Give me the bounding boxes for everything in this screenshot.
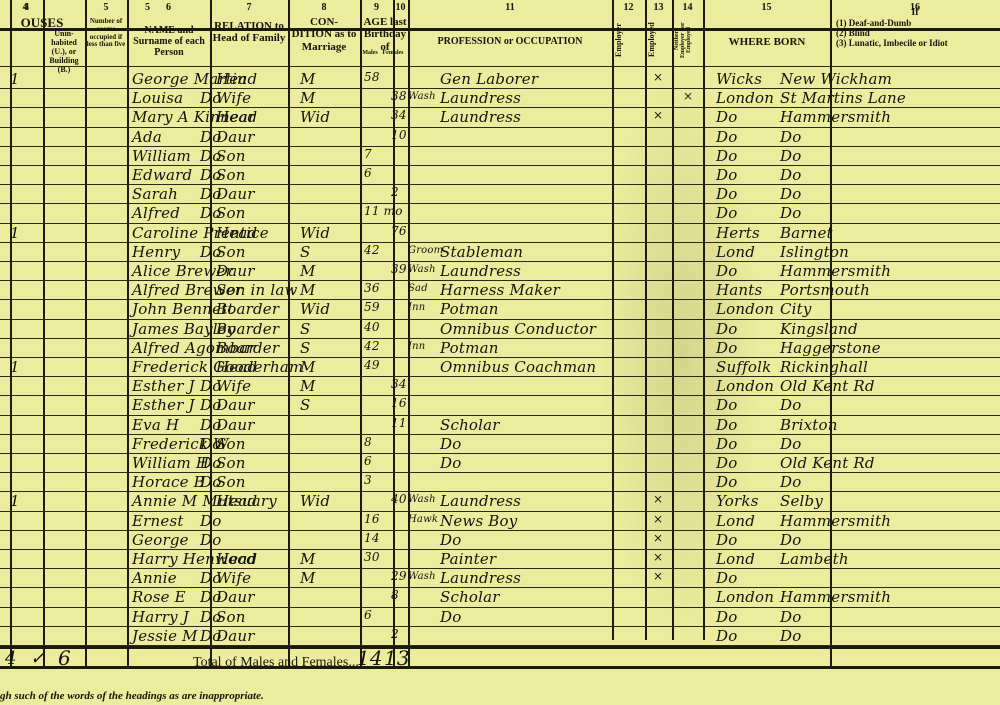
neither-mark: × — [683, 89, 693, 103]
age-male: 42 — [364, 339, 380, 353]
header-females: Females — [379, 50, 407, 57]
relation: Head — [216, 492, 257, 510]
header-employed: Employed — [647, 20, 671, 60]
age-female: 34 — [391, 108, 407, 122]
marital-condition: M — [300, 550, 316, 568]
occupation: Painter — [440, 550, 496, 568]
occupation-note: Sad — [408, 283, 428, 294]
surname-ditto: Do — [200, 166, 221, 184]
grid-rule — [0, 646, 1000, 649]
relation: Daur — [216, 588, 255, 606]
person-name: Sarah — [132, 185, 178, 203]
born-county: Do — [716, 128, 737, 146]
person-name: Eva H — [132, 416, 179, 434]
relation: Head — [216, 224, 257, 242]
surname-ditto: Do — [200, 377, 221, 395]
grid-vline — [672, 0, 674, 640]
born-county: Do — [716, 454, 737, 472]
occupation: Scholar — [440, 588, 500, 606]
born-place: Do — [780, 128, 801, 146]
header-infirmity-list: (1) Deaf-and-Dumb (2) Blind (3) Lunatic,… — [836, 18, 996, 48]
born-place: Hammersmith — [780, 262, 891, 280]
born-county: London — [716, 89, 774, 107]
born-place: Old Kent Rd — [780, 454, 875, 472]
surname-ditto: Do — [200, 416, 221, 434]
born-place: Hammersmith — [780, 108, 891, 126]
born-place: Kingsland — [780, 320, 858, 338]
born-county: Do — [716, 262, 737, 280]
marital-condition: M — [300, 569, 316, 587]
occupation: Scholar — [440, 416, 500, 434]
age-male: 11 mo — [364, 204, 403, 218]
total-males: 14 — [357, 646, 383, 670]
born-place: Brixton — [780, 416, 838, 434]
age-male: 42 — [364, 243, 380, 257]
occupation: Laundress — [440, 492, 521, 510]
born-place: Selby — [780, 492, 823, 510]
marital-condition: M — [300, 70, 316, 88]
house-mark: 1 — [10, 70, 20, 88]
age-female: 38 — [391, 89, 407, 103]
relation: Head — [216, 358, 257, 376]
age-female: 2 — [391, 185, 399, 199]
born-place: Do — [780, 473, 801, 491]
occupation: Harness Maker — [440, 281, 560, 299]
occupation: Do — [440, 608, 461, 626]
age-female: 39 — [391, 262, 407, 276]
grid-rule — [0, 66, 1000, 67]
occupation: Laundress — [440, 569, 521, 587]
header-infirmity-if: If — [840, 7, 990, 18]
column-number: 13 — [645, 2, 672, 13]
header-condition: CON-DITION as to Marriage — [290, 16, 358, 53]
census-page: 4 5 — [0, 0, 1000, 705]
age-female: 34 — [391, 377, 407, 391]
header-relation: RELATION to Head of Family — [212, 20, 286, 45]
surname-ditto: Do — [200, 627, 221, 645]
born-county: London — [716, 588, 774, 606]
column-number: 15 — [703, 2, 830, 13]
person-name: Horace B — [132, 473, 205, 491]
occupation-note: Wash — [408, 91, 436, 102]
born-county: Do — [716, 185, 737, 203]
surname-ditto: Do — [200, 243, 221, 261]
marital-condition: Wid — [300, 224, 330, 242]
header-profession: PROFESSION or OCCUPATION — [410, 36, 610, 47]
born-place: Do — [780, 396, 801, 414]
born-place: Do — [780, 531, 801, 549]
born-place: Do — [780, 204, 801, 222]
occupation-note: Groom — [408, 245, 443, 256]
age-male: 49 — [364, 358, 380, 372]
age-male: 7 — [364, 147, 372, 161]
born-place: Hammersmith — [780, 588, 891, 606]
person-name: Louisa — [132, 89, 183, 107]
age-male: 58 — [364, 70, 380, 84]
born-county: Suffolk — [716, 358, 771, 376]
born-county: Wicks — [716, 70, 762, 88]
occupation-note: Wash — [408, 264, 436, 275]
surname-ditto: Do — [200, 473, 221, 491]
house-mark: 1 — [10, 224, 20, 242]
born-place: New Wickham — [780, 70, 892, 88]
relation: Head — [216, 550, 257, 568]
column-number: 10 — [393, 2, 408, 13]
person-name: Ada — [132, 128, 162, 146]
column-number: 6 — [127, 2, 210, 13]
age-female: 11 — [391, 416, 407, 430]
relation: Daur — [216, 128, 255, 146]
born-county: Yorks — [716, 492, 759, 510]
surname-ditto: Do — [200, 435, 221, 453]
born-county: Lond — [716, 550, 755, 568]
column-number: 12 — [612, 2, 645, 13]
born-county: Do — [716, 569, 737, 587]
employed-mark: × — [653, 550, 663, 564]
born-county: Do — [716, 204, 737, 222]
born-place: Hammersmith — [780, 512, 891, 530]
age-male: 6 — [364, 454, 372, 468]
surname-ditto: Do — [200, 531, 221, 549]
occupation: Do — [440, 531, 461, 549]
age-male: 59 — [364, 300, 380, 314]
born-county: Do — [716, 416, 737, 434]
occupation: Stableman — [440, 243, 523, 261]
born-place: Do — [780, 627, 801, 645]
occupation: Laundress — [440, 262, 521, 280]
column-number: 7 — [210, 2, 288, 13]
occupation: Laundress — [440, 108, 521, 126]
relation: Daur — [216, 396, 255, 414]
relation: Son in law — [216, 281, 298, 299]
marital-condition: M — [300, 377, 316, 395]
column-number: 14 — [672, 2, 703, 13]
age-female: 10 — [391, 128, 407, 142]
born-place: Rickinghall — [780, 358, 868, 376]
age-male: 14 — [364, 531, 380, 545]
total-uninhabited-mark: ✓ — [30, 648, 45, 669]
born-county: Do — [716, 473, 737, 491]
age-male: 30 — [364, 550, 380, 564]
header-rooms: Number of rooms occupied if less than fi… — [86, 18, 126, 49]
born-county: Do — [716, 435, 737, 453]
surname-ditto: Do — [200, 396, 221, 414]
column-number: 9 — [360, 2, 393, 13]
born-place: Do — [780, 166, 801, 184]
surname-ditto: Do — [200, 147, 221, 165]
surname-ditto: Do — [200, 128, 221, 146]
column-number: 5 — [85, 2, 127, 13]
age-male: 3 — [364, 473, 372, 487]
employed-mark: × — [653, 492, 663, 506]
row-rule — [0, 645, 1000, 646]
age-male: 6 — [364, 166, 372, 180]
age-male: 36 — [364, 281, 380, 295]
employed-mark: × — [653, 108, 663, 122]
relation: Daur — [216, 185, 255, 203]
relation: Boarder — [216, 339, 279, 357]
born-county: London — [716, 377, 774, 395]
relation: Daur — [216, 627, 255, 645]
born-county: Do — [716, 627, 737, 645]
age-female: 16 — [391, 396, 407, 410]
house-mark: 1 — [10, 358, 20, 376]
occupation: Potman — [440, 339, 499, 357]
born-place: Do — [780, 185, 801, 203]
born-county: Lond — [716, 243, 755, 261]
born-county: Do — [716, 339, 737, 357]
born-county: Do — [716, 608, 737, 626]
born-county: Do — [716, 147, 737, 165]
person-name: Edward — [132, 166, 192, 184]
born-county: Hants — [716, 281, 762, 299]
born-county: Do — [716, 166, 737, 184]
marital-condition: Wid — [300, 300, 330, 318]
occupation: Laundress — [440, 89, 521, 107]
relation: Head — [216, 108, 257, 126]
person-name: Esther J — [132, 377, 195, 395]
age-male: 16 — [364, 512, 380, 526]
occupation-note: Hawk — [408, 514, 438, 525]
header-uninhabited: Unin-habited (U.), or Building (B.) — [44, 30, 84, 75]
age-female: 8 — [391, 588, 399, 602]
surname-ditto: Do — [200, 89, 221, 107]
age-female: 40 — [391, 492, 407, 506]
born-county: Herts — [716, 224, 760, 242]
occupation: Do — [440, 435, 461, 453]
born-county: Lond — [716, 512, 755, 530]
relation: Head — [216, 70, 257, 88]
column-number: 4 — [10, 2, 43, 13]
surname-ditto: Do — [200, 454, 221, 472]
occupation-note: Inn — [408, 341, 425, 352]
relation: Boarder — [216, 300, 279, 318]
born-place: City — [780, 300, 812, 318]
header-males: Males — [362, 50, 378, 57]
born-county: Do — [716, 531, 737, 549]
occupation-note: Inn — [408, 302, 425, 313]
column-number: 11 — [408, 2, 612, 13]
person-name: Rose E — [132, 588, 186, 606]
marital-condition: S — [300, 243, 310, 261]
header-neither: Neither Employer nor Employed — [674, 18, 702, 62]
total-houses: 4 — [5, 648, 17, 669]
surname-ditto: Do — [200, 569, 221, 587]
born-place: Portsmouth — [780, 281, 870, 299]
grid-vline — [612, 0, 614, 640]
footer-instruction: gh such of the words of the headings as … — [0, 690, 264, 702]
marital-condition: M — [300, 358, 316, 376]
person-name: Esther J — [132, 396, 195, 414]
age-male: 6 — [364, 608, 372, 622]
born-place: Old Kent Rd — [780, 377, 875, 395]
header-name: NAME and Surname of each Person — [130, 25, 208, 59]
marital-condition: M — [300, 281, 316, 299]
person-name: Harry J — [132, 608, 189, 626]
header-where-born: WHERE BORN — [705, 36, 829, 48]
employed-mark: × — [653, 70, 663, 84]
born-place: Do — [780, 435, 801, 453]
person-name: William — [132, 147, 191, 165]
age-female: 2 — [391, 627, 399, 641]
born-county: Do — [716, 320, 737, 338]
employed-mark: × — [653, 531, 663, 545]
marital-condition: Wid — [300, 108, 330, 126]
marital-condition: M — [300, 89, 316, 107]
relation: Boarder — [216, 320, 279, 338]
occupation-note: Wash — [408, 571, 436, 582]
born-place: Barnet — [780, 224, 833, 242]
born-place: St Martins Lane — [780, 89, 906, 107]
house-mark: 1 — [10, 492, 20, 510]
column-number: 8 — [288, 2, 360, 13]
born-county: Do — [716, 396, 737, 414]
person-name: William H — [132, 454, 209, 472]
occupation: Omnibus Conductor — [440, 320, 596, 338]
person-name: Jessie M — [132, 627, 198, 645]
marital-condition: M — [300, 262, 316, 280]
marital-condition: Wid — [300, 492, 330, 510]
born-place: Lambeth — [780, 550, 849, 568]
person-name: Henry — [132, 243, 180, 261]
occupation: Potman — [440, 300, 499, 318]
age-female: 76 — [391, 224, 407, 238]
surname-ditto: Do — [200, 588, 221, 606]
marital-condition: S — [300, 396, 310, 414]
born-place: Do — [780, 608, 801, 626]
grid-vline — [703, 0, 705, 640]
age-female: 29 — [391, 569, 407, 583]
born-place: Haggerstone — [780, 339, 881, 357]
person-name: Ernest — [132, 512, 184, 530]
born-place: Do — [780, 147, 801, 165]
marital-condition: S — [300, 339, 310, 357]
marital-condition: S — [300, 320, 310, 338]
surname-ditto: Do — [200, 204, 221, 222]
total-label: Total of Males and Females... — [193, 655, 359, 671]
grid-rule — [0, 666, 1000, 669]
grid-vline — [645, 0, 647, 640]
born-county: Do — [716, 108, 737, 126]
total-females: 13 — [384, 646, 410, 670]
employed-mark: × — [653, 512, 663, 526]
person-name: George — [132, 531, 189, 549]
occupation: News Boy — [440, 512, 517, 530]
age-male: 8 — [364, 435, 372, 449]
surname-ditto: Do — [200, 512, 221, 530]
occupation: Gen Laborer — [440, 70, 538, 88]
occupation-note: Wash — [408, 494, 436, 505]
born-county: London — [716, 300, 774, 318]
header-age: AGE last Birthday of — [362, 16, 408, 53]
employed-mark: × — [653, 569, 663, 583]
relation: Daur — [216, 262, 255, 280]
occupation: Omnibus Coachman — [440, 358, 596, 376]
surname-ditto: Do — [200, 608, 221, 626]
born-place: Islington — [780, 243, 849, 261]
age-male: 40 — [364, 320, 380, 334]
occupation: Do — [440, 454, 461, 472]
relation: Daur — [216, 416, 255, 434]
surname-ditto: Do — [200, 185, 221, 203]
person-name: Alfred — [132, 204, 180, 222]
person-name: Annie — [132, 569, 177, 587]
header-employer: Employer — [614, 20, 644, 60]
total-rooms: 6 — [58, 646, 71, 670]
